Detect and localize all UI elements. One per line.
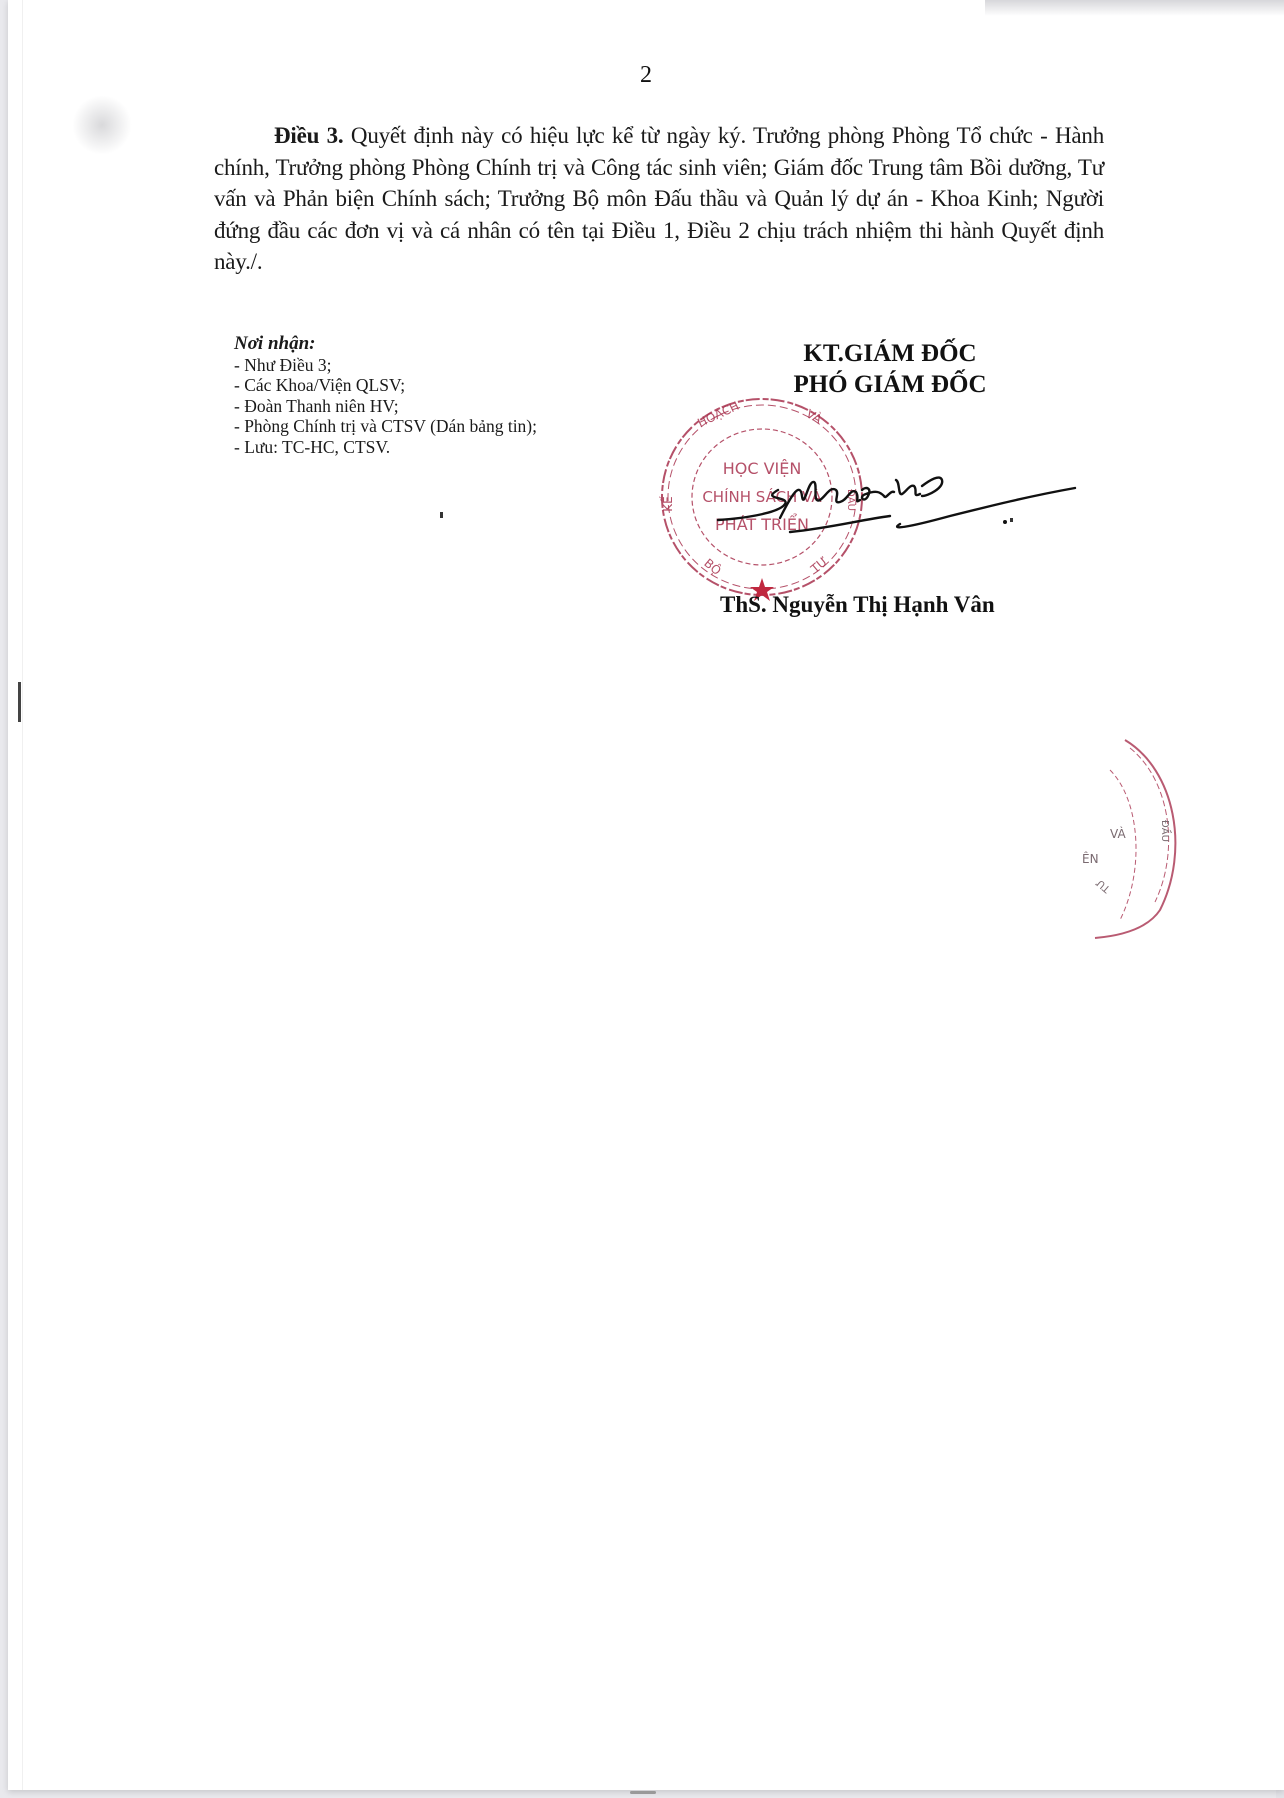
svg-text:HOẠCH: HOẠCH (695, 399, 741, 430)
svg-text:BỘ: BỘ (701, 555, 724, 578)
page-number: 2 (640, 62, 652, 89)
partial-seal-text-c: ÊN (1082, 851, 1099, 866)
recipient-item: - Phòng Chính trị và CTSV (Dán bảng tin)… (234, 416, 537, 437)
recipient-item: - Như Điều 3; (234, 355, 537, 376)
partial-seal-text-a: VÀ (1110, 826, 1126, 841)
signature-title-block: KT.GIÁM ĐỐC PHÓ GIÁM ĐỐC (700, 338, 1080, 400)
page-edge (22, 0, 23, 1790)
recipient-item: - Đoàn Thanh niên HV; (234, 396, 537, 417)
handwritten-signature-icon (690, 460, 1090, 550)
article-label: Điều 3. (274, 123, 343, 148)
recipient-item: - Lưu: TC-HC, CTSV. (234, 437, 537, 458)
scan-smudge-top (985, 0, 1284, 16)
partial-seal-text-d: TƯ (1094, 876, 1113, 895)
recipients-block: Nơi nhận: - Như Điều 3; - Các Khoa/Viện … (234, 334, 537, 457)
scroll-indicator[interactable] (18, 682, 21, 722)
partial-seal-text-b: ĐẦU (1159, 820, 1173, 842)
bottom-handle[interactable] (630, 1791, 656, 1794)
article-text: Quyết định này có hiệu lực kể từ ngày ký… (214, 123, 1104, 274)
partial-seal-icon: VÀ ÊN ĐẦU TƯ (1080, 730, 1190, 940)
signer-name: ThS. Nguyễn Thị Hạnh Vân (720, 592, 995, 618)
scan-speck (440, 512, 443, 518)
scan-speck (1010, 518, 1013, 522)
svg-text:TƯ: TƯ (807, 554, 830, 577)
svg-text:KẾ: KẾ (659, 496, 675, 512)
signature-title-1: KT.GIÁM ĐỐC (700, 338, 1080, 369)
scan-smudge (72, 95, 132, 155)
recipient-item: - Các Khoa/Viện QLSV; (234, 375, 537, 396)
article-3-paragraph: Điều 3. Quyết định này có hiệu lực kể từ… (214, 120, 1104, 278)
recipients-heading: Nơi nhận: (234, 334, 537, 355)
